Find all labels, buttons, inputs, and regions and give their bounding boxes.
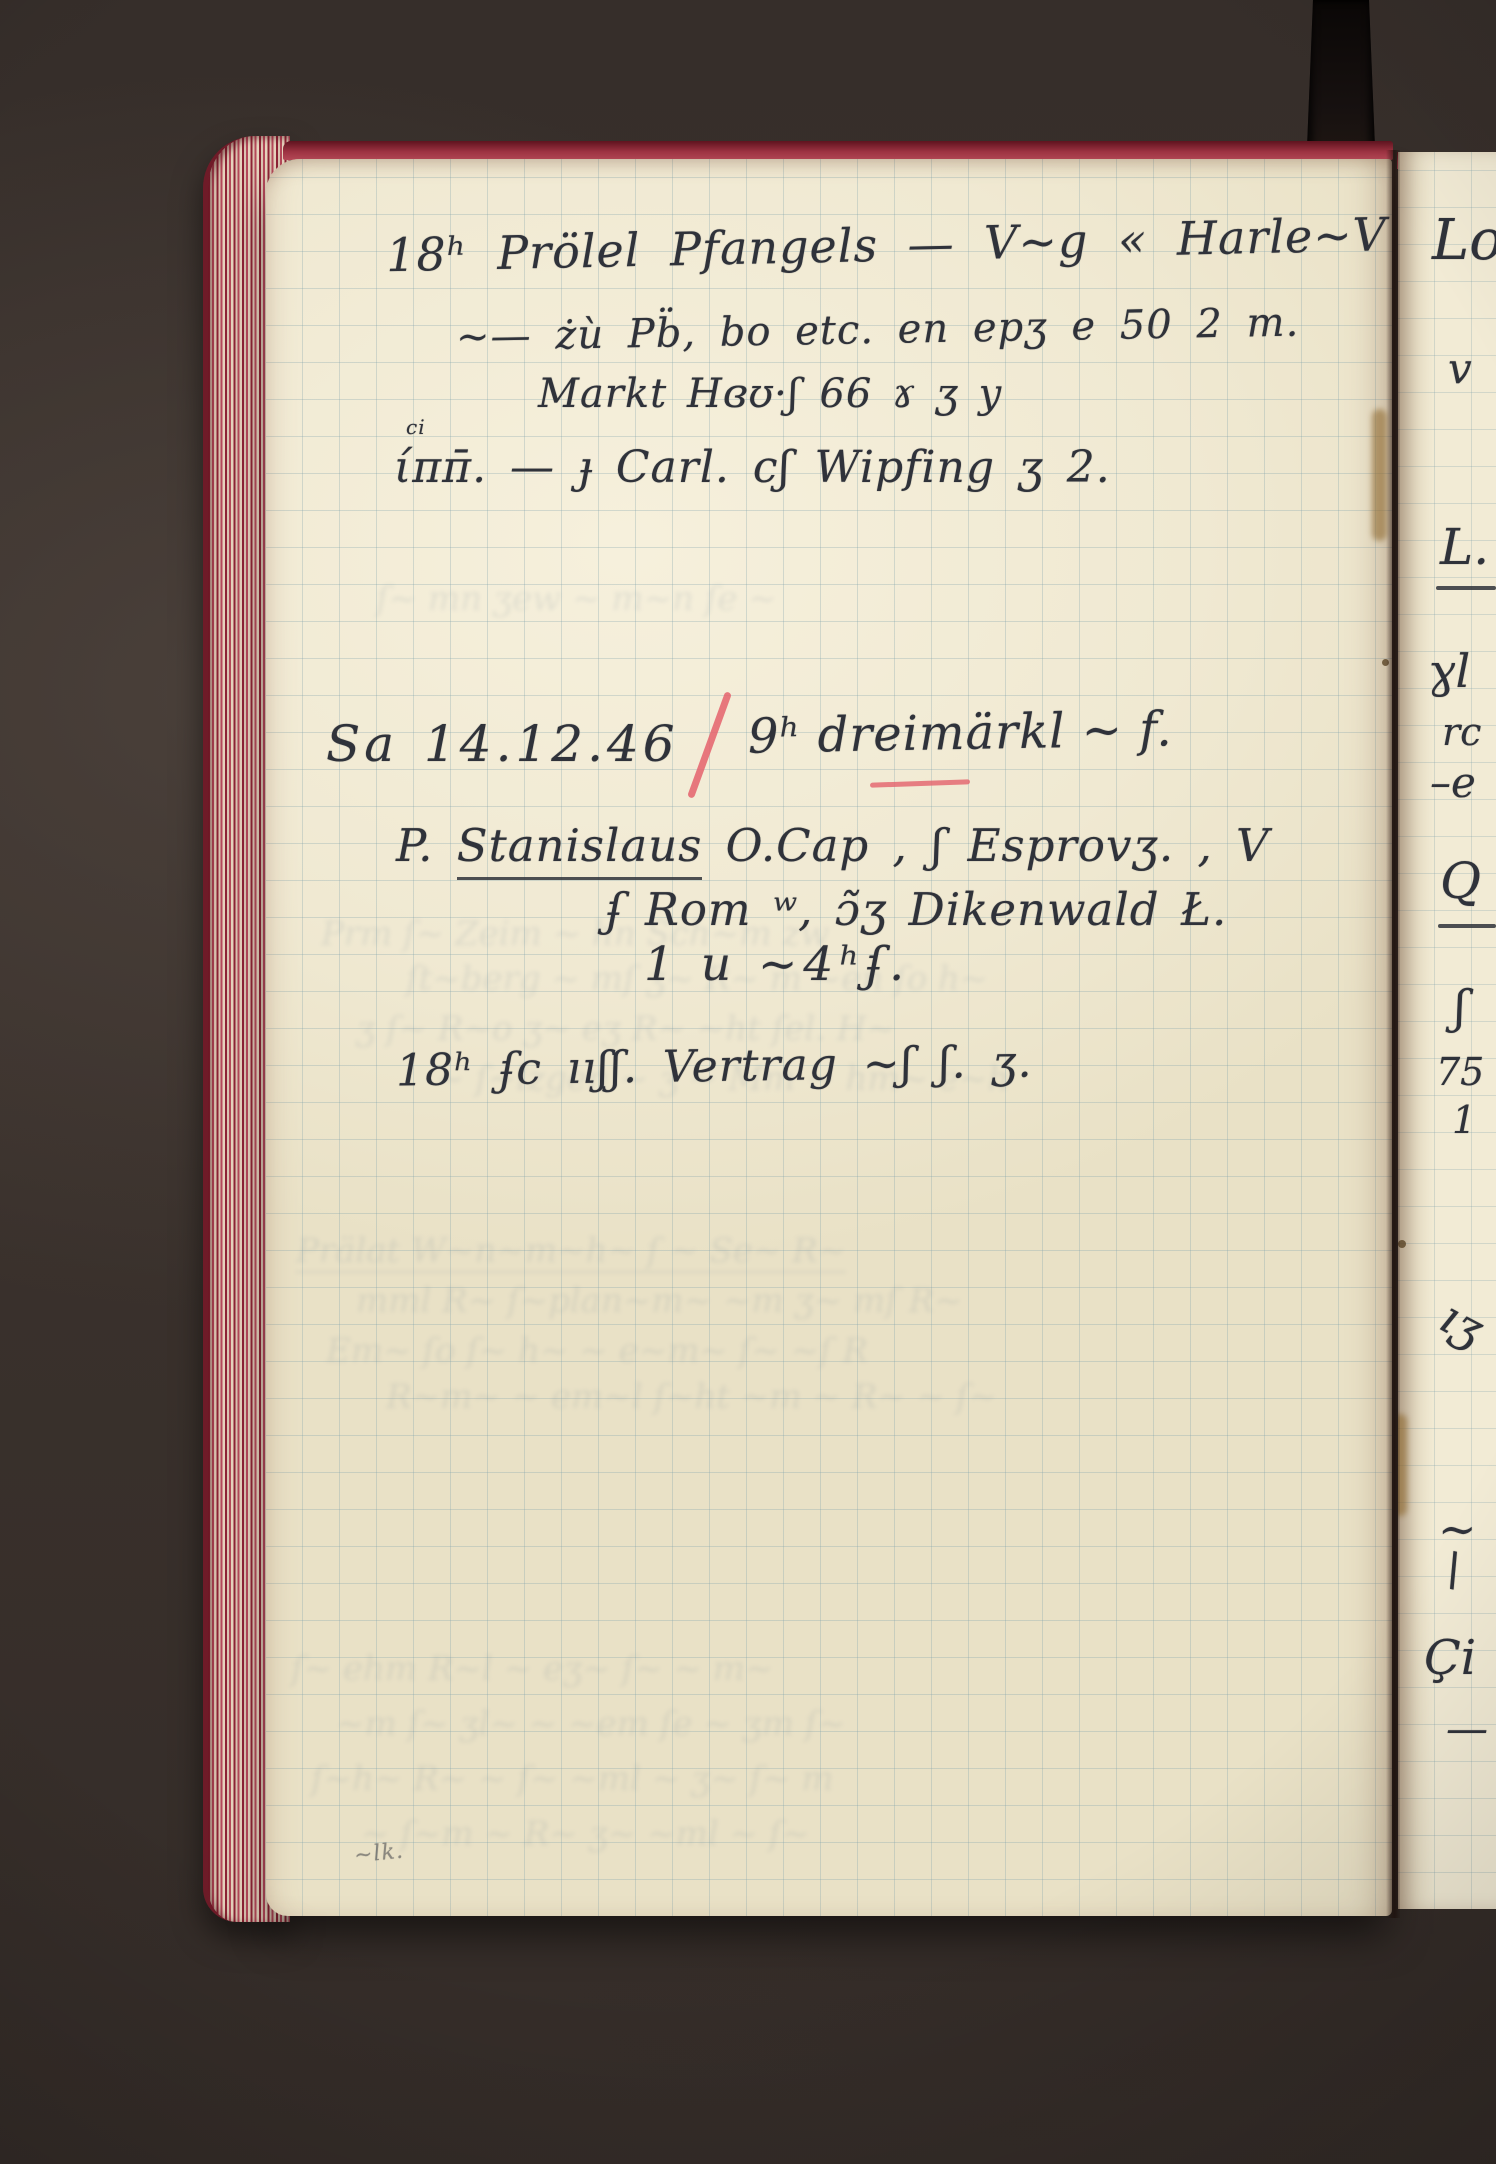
handwriting-line-6: P. Stanislaus O.Cap , ʃ Esprovʒ. , V: [396, 819, 1270, 872]
ghost-line: mml R∼ ſ∼plan∼m∼ ∼m ʒ∼ mſ R∼: [356, 1281, 963, 1321]
red-top-edge-left-page: [283, 141, 1393, 160]
handwriting-line-9: 18ʰ ʄc ııʃʃ. Vertrag ∼ʃ ʃ. ʒ.: [396, 1037, 1033, 1097]
right-page-fragment-11: ıʒ: [1432, 1290, 1493, 1357]
right-page-fragment-3: L.: [1440, 518, 1489, 576]
handwriting-line-4: ίππ̄. — ɟ Carl. cʃ Wipfing ʒ 2.: [394, 442, 1111, 493]
handwriting-line-7: ʄ Rom ʷ, ɔ̃ʒ Dikenwald Ł.: [606, 883, 1227, 936]
gutter-stain: [1372, 409, 1387, 541]
handwriting-line-8: 1 u ∼4ʰʄ.: [644, 937, 910, 992]
date-entry: Sa 14.12.46: [326, 715, 679, 773]
right-page-fragment-6: –e: [1430, 758, 1476, 807]
right-page-fragment-15: —: [1446, 1704, 1488, 1753]
ghost-heading-line: Prälat W∼n∼m∼h∼ ſ ∼ Se∼ R∼: [296, 1231, 846, 1273]
right-page-fragment-10: 1: [1452, 1098, 1476, 1142]
left-page: ſ∼ mn ʒew ∼ m∼n ſe ∼ Prm ſ∼ Zeim ∼ hn Sc…: [266, 159, 1392, 1916]
ghost-line: ∼ ſ∼m ∼ R∼ ʒ∼ ∼ml ∼ ſ∼: [361, 1814, 810, 1854]
handwriting-line-1: 18ʰ Prölel Pfangels — V∼g « Harle∼V —: [386, 206, 1392, 283]
ghost-line: ſ∼ ehm R∼l ∼ eʒ∼ ſ∼ ∼ m∼: [291, 1649, 774, 1689]
notebook-photo: ſ∼ mn ʒew ∼ m∼n ſe ∼ Prm ſ∼ Zeim ∼ hn Sc…: [0, 0, 1496, 2164]
handwriting-line-2: ∼— żù Pb̈, bo etc. en epʒ e 50 2 m.: [456, 300, 1300, 361]
fragment-underline: [1438, 924, 1496, 928]
right-page-fragment-1: Lo: [1432, 208, 1496, 273]
right-page-fragment-8: ʃ: [1454, 980, 1467, 1034]
line6-underlined-word: Stanislaus: [457, 819, 703, 880]
bottom-corner-mark: ∼lk.: [353, 1838, 405, 1868]
ghost-line: ſ∼h∼ R∼ ∼ ſ∼ ∼ml ∼ ʒ∼ ſ∼ m: [311, 1759, 834, 1799]
handwriting-line-5: 9ʰ dreimärkl ∼ f.: [748, 701, 1173, 764]
line6-suffix: O.Cap , ʃ Esprovʒ. , V: [702, 819, 1269, 872]
right-page-fragment-7: Q: [1440, 852, 1481, 910]
right-page-fragment-14: Çi: [1424, 1630, 1476, 1686]
ghost-line: ſ∼ mn ʒew ∼ m∼n ſe ∼: [376, 579, 777, 619]
right-page-fragment-2: v: [1448, 344, 1472, 393]
red-underline-mark: [870, 779, 970, 787]
ghost-line: Em∼ ſo ſ∼ h∼ ∼ e∼m∼ ſ∼ ∼ſ R: [326, 1331, 868, 1371]
right-page-fragment-9: 75: [1436, 1050, 1484, 1094]
line6-prefix: P.: [396, 819, 457, 872]
handwriting-superscript: ci: [406, 415, 426, 439]
ghost-line: ∼m ſ∼ ʒl∼ ∼ ∼em ſe ∼ ʒm ſ∼: [336, 1704, 846, 1744]
right-page-sliver: Lo v L. ɣl rc –e Q ʃ 75 1 ıʒ ∼ \ Çi —: [1398, 152, 1496, 1909]
ghost-line: R∼m∼ ∼ em∼l ſ∼ht ∼m ∼ R∼ ∼ ſ∼: [386, 1377, 997, 1417]
red-slash-mark: [687, 691, 732, 799]
right-page-fragment-5: rc: [1442, 710, 1481, 754]
right-page-fragment-4: ɣl: [1428, 644, 1470, 698]
fragment-underline: [1436, 586, 1496, 590]
binding-gutter-shadow: [1386, 150, 1400, 1918]
handwriting-line-3: Markt Hɞʊ·ʃ 66 ɤ ʒ y: [538, 371, 1002, 417]
